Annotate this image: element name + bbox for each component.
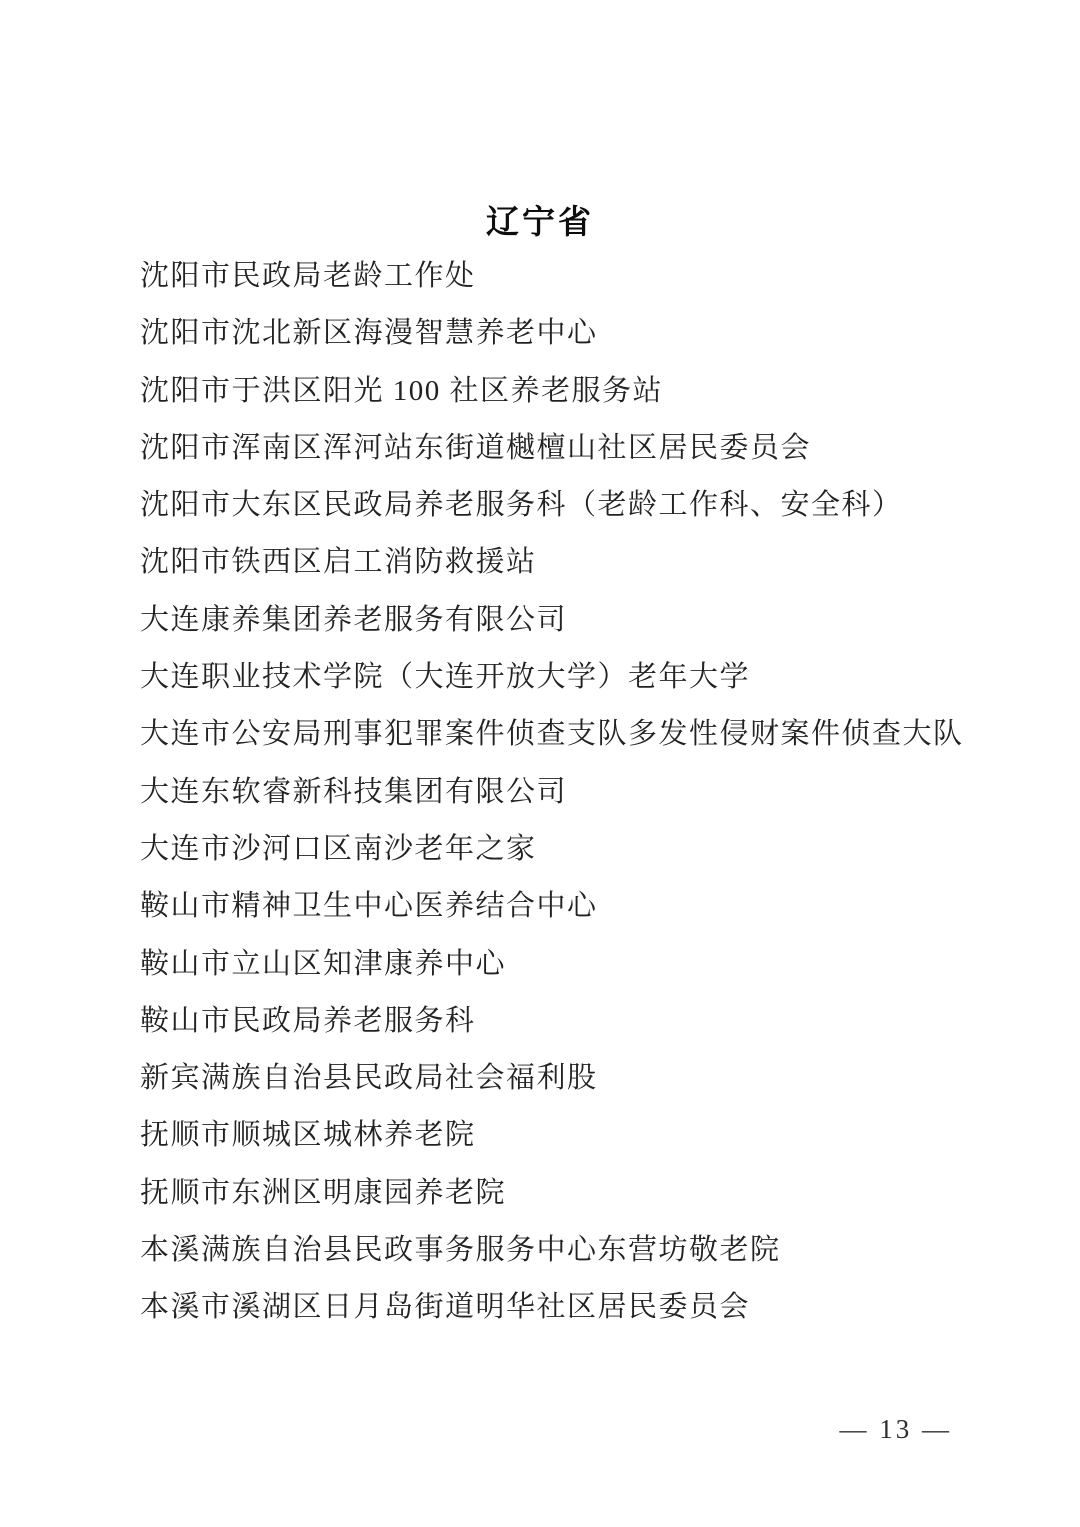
list-item: 沈阳市浑南区浑河站东街道樾檀山社区居民委员会	[140, 420, 1020, 477]
list-item: 沈阳市铁西区启工消防救援站	[140, 534, 1020, 591]
province-section-title: 辽宁省	[0, 196, 1080, 243]
list-item: 大连市沙河口区南沙老年之家	[140, 821, 1020, 878]
list-item: 本溪满族自治县民政事务服务中心东营坊敬老院	[140, 1222, 1020, 1279]
list-item: 鞍山市民政局养老服务科	[140, 993, 1020, 1050]
list-item: 大连东软睿新科技集团有限公司	[140, 764, 1020, 821]
list-item: 鞍山市立山区知津康养中心	[140, 936, 1020, 993]
page-number: — 13 —	[840, 1413, 953, 1445]
list-item: 本溪市溪湖区日月岛街道明华社区居民委员会	[140, 1279, 1020, 1336]
list-item: 沈阳市于洪区阳光 100 社区养老服务站	[140, 363, 1020, 420]
organization-list: 沈阳市民政局老龄工作处 沈阳市沈北新区海漫智慧养老中心 沈阳市于洪区阳光 100…	[140, 248, 1020, 1337]
list-item: 大连职业技术学院（大连开放大学）老年大学	[140, 649, 1020, 706]
list-item: 沈阳市民政局老龄工作处	[140, 248, 1020, 305]
list-item: 抚顺市顺城区城林养老院	[140, 1107, 1020, 1164]
list-item: 沈阳市大东区民政局养老服务科（老龄工作科、安全科）	[140, 477, 1020, 534]
list-item: 大连市公安局刑事犯罪案件侦查支队多发性侵财案件侦查大队	[140, 706, 1020, 763]
list-item: 抚顺市东洲区明康园养老院	[140, 1165, 1020, 1222]
list-item: 大连康养集团养老服务有限公司	[140, 592, 1020, 649]
document-page: 辽宁省 沈阳市民政局老龄工作处 沈阳市沈北新区海漫智慧养老中心 沈阳市于洪区阳光…	[0, 0, 1080, 1527]
list-item: 新宾满族自治县民政局社会福利股	[140, 1050, 1020, 1107]
list-item: 沈阳市沈北新区海漫智慧养老中心	[140, 305, 1020, 362]
list-item: 鞍山市精神卫生中心医养结合中心	[140, 878, 1020, 935]
